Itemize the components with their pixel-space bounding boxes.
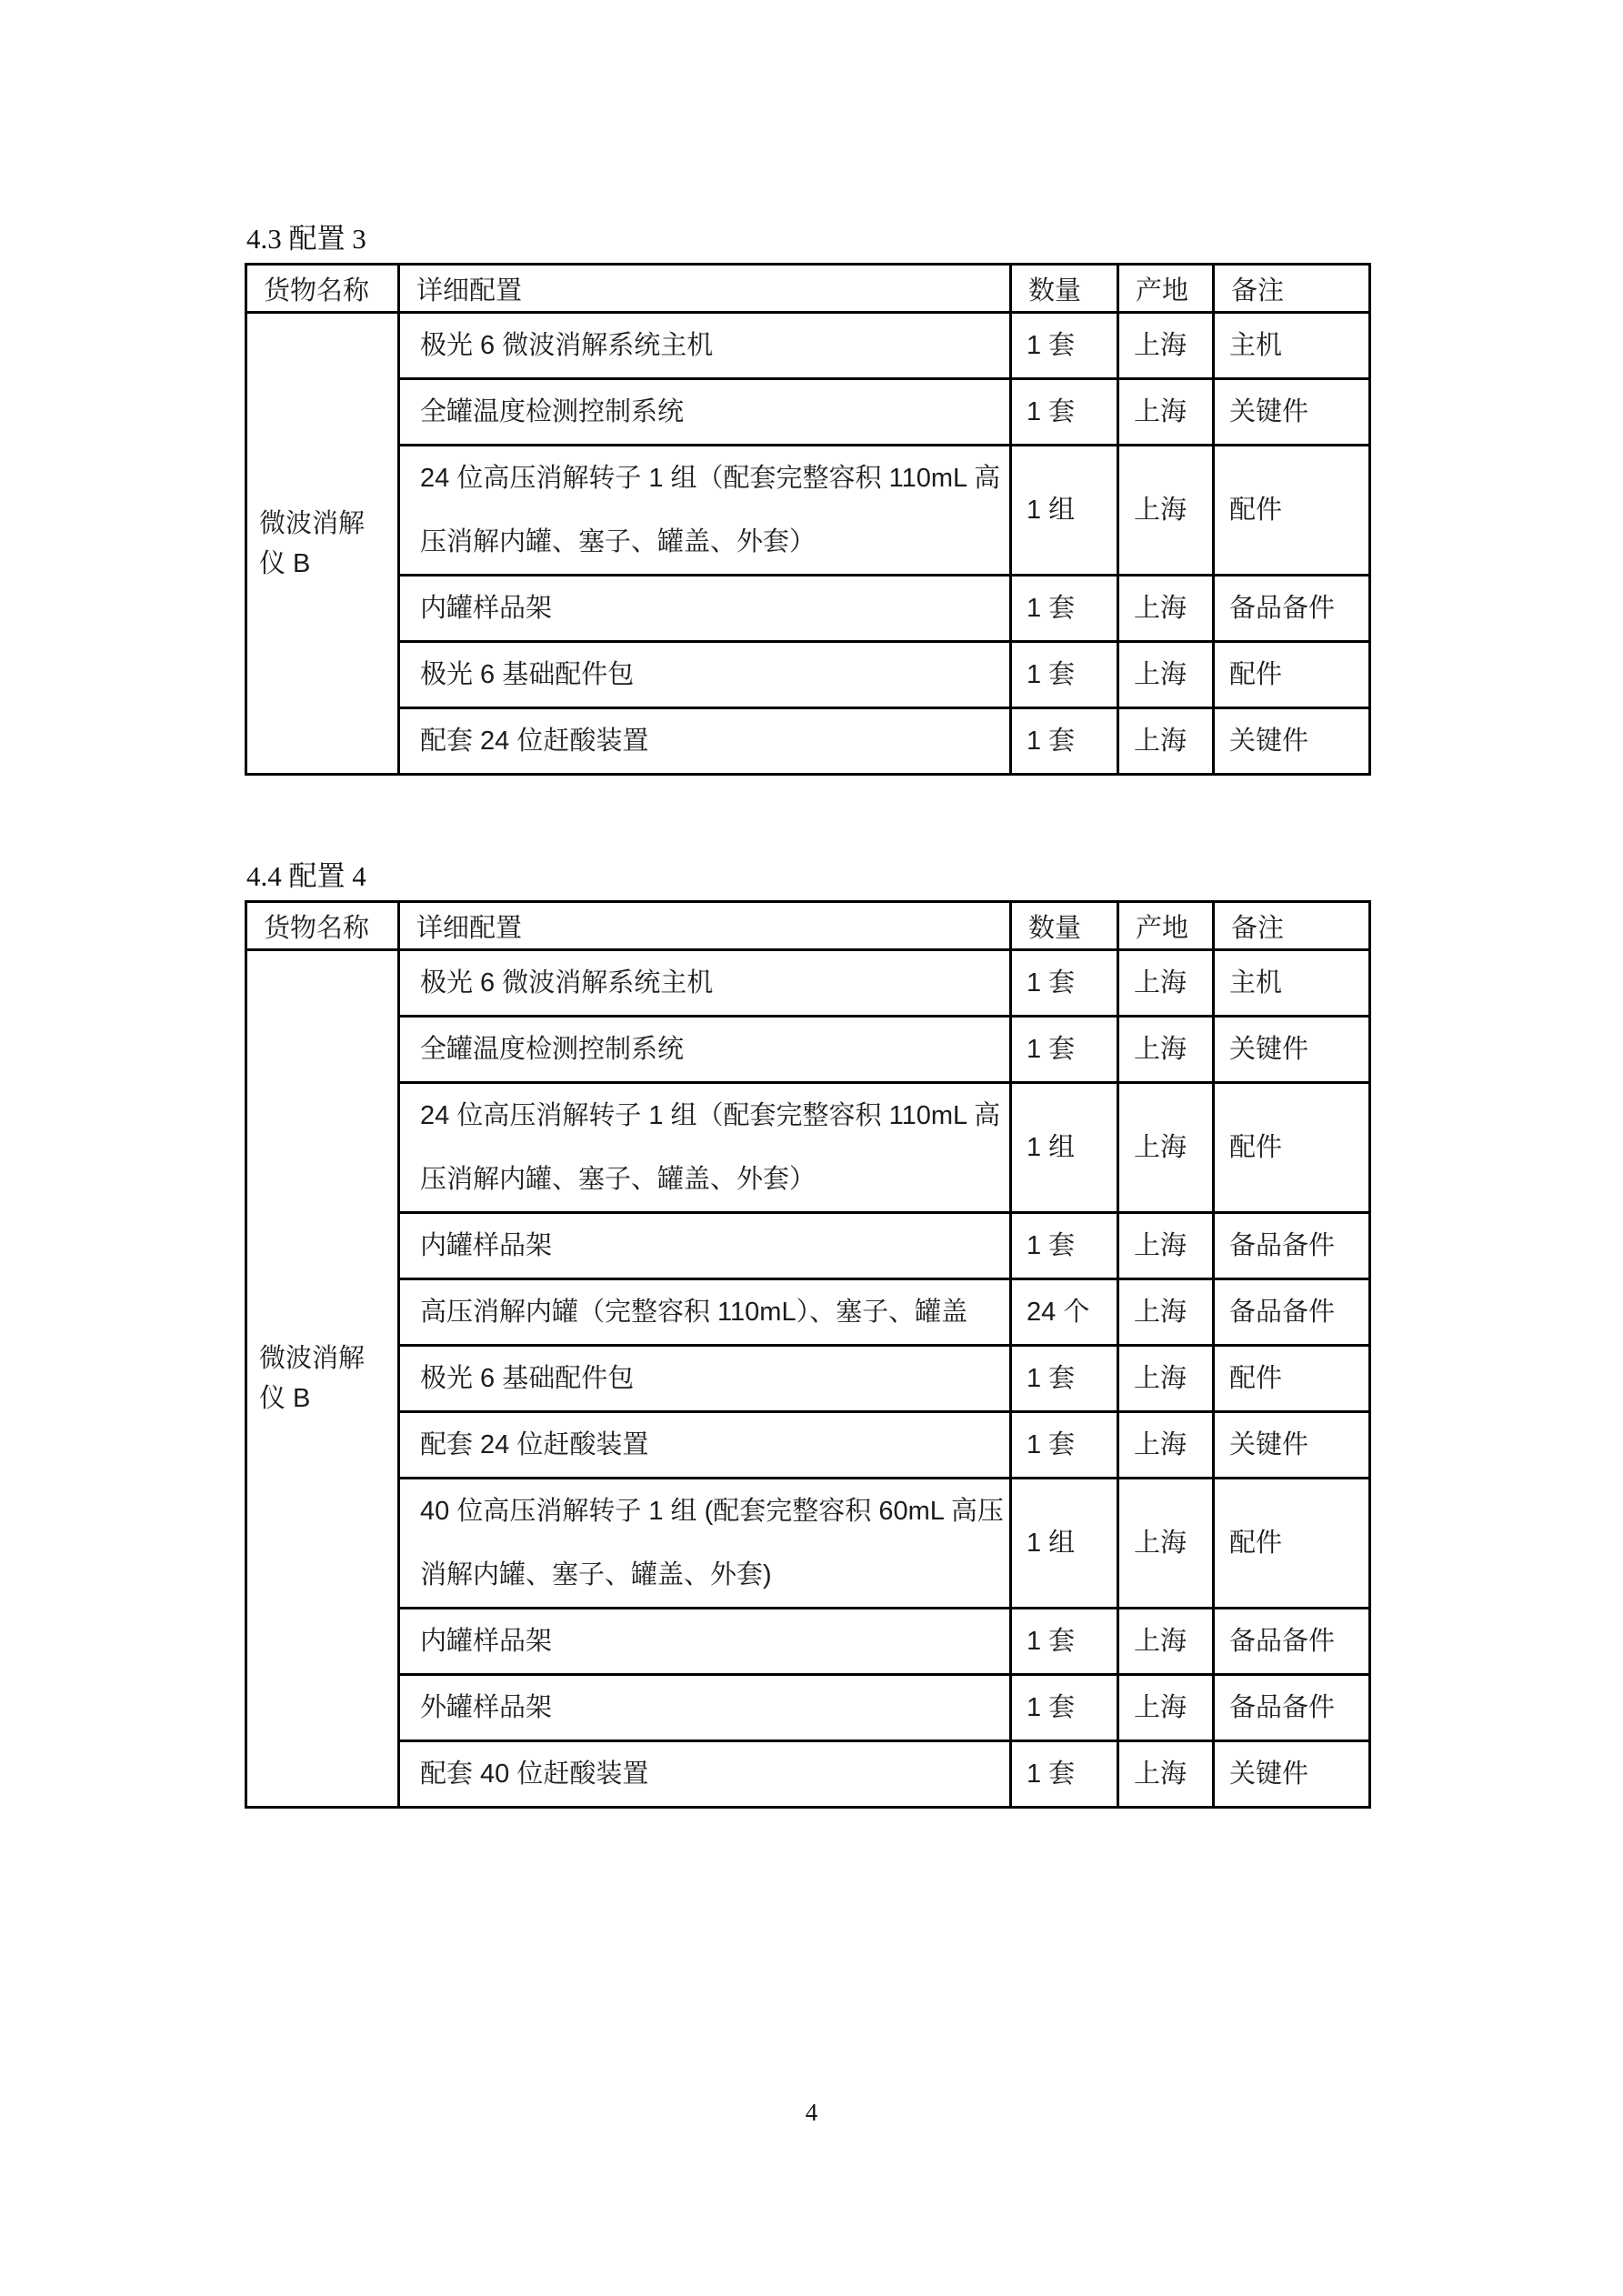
- col-header-origin: 产地: [1118, 902, 1214, 950]
- note-cell: 备品备件: [1214, 1279, 1370, 1346]
- config-cell: 极光 6 基础配件包: [399, 1346, 1011, 1412]
- config-cell: 高压消解内罐（完整容积 110mL）、塞子、罐盖: [399, 1279, 1011, 1346]
- table-row: 配套 24 位赶酸装置 1 套 上海 关键件: [246, 708, 1370, 775]
- qty-cell: 1 套: [1011, 708, 1118, 775]
- config-cell: 极光 6 微波消解系统主机: [399, 950, 1011, 1017]
- origin-cell: 上海: [1118, 576, 1214, 642]
- qty-cell: 1 套: [1011, 1412, 1118, 1479]
- page-content: 4.3 配置 3 货物名称 详细配置 数量 产地 备注 微波消解仪 B 极光 6…: [0, 0, 1623, 1809]
- qty-cell: 1 套: [1011, 379, 1118, 446]
- origin-cell: 上海: [1118, 446, 1214, 576]
- col-header-config: 详细配置: [399, 902, 1011, 950]
- page-number: 4: [0, 2099, 1623, 2127]
- item-name-cell: 微波消解仪 B: [246, 313, 399, 775]
- table-row: 外罐样品架 1 套 上海 备品备件: [246, 1675, 1370, 1741]
- qty-cell: 1 组: [1011, 446, 1118, 576]
- note-cell: 关键件: [1214, 1741, 1370, 1808]
- qty-cell: 1 套: [1011, 313, 1118, 379]
- col-header-config: 详细配置: [399, 265, 1011, 313]
- config-cell: 配套 24 位赶酸装置: [399, 1412, 1011, 1479]
- qty-cell: 1 套: [1011, 1675, 1118, 1741]
- table-row: 极光 6 基础配件包 1 套 上海 配件: [246, 642, 1370, 708]
- origin-cell: 上海: [1118, 1741, 1214, 1808]
- origin-cell: 上海: [1118, 1017, 1214, 1083]
- config-cell: 极光 6 基础配件包: [399, 642, 1011, 708]
- config-cell: 24 位高压消解转子 1 组（配套完整容积 110mL 高压消解内罐、塞子、罐盖…: [399, 446, 1011, 576]
- origin-cell: 上海: [1118, 642, 1214, 708]
- origin-cell: 上海: [1118, 1412, 1214, 1479]
- origin-cell: 上海: [1118, 1346, 1214, 1412]
- table-row: 内罐样品架 1 套 上海 备品备件: [246, 1609, 1370, 1675]
- config-cell: 内罐样品架: [399, 576, 1011, 642]
- table-row: 极光 6 基础配件包 1 套 上海 配件: [246, 1346, 1370, 1412]
- note-cell: 备品备件: [1214, 1609, 1370, 1675]
- qty-cell: 1 套: [1011, 1741, 1118, 1808]
- note-cell: 关键件: [1214, 708, 1370, 775]
- table-row: 微波消解仪 B 极光 6 微波消解系统主机 1 套 上海 主机: [246, 950, 1370, 1017]
- table-row: 24 位高压消解转子 1 组（配套完整容积 110mL 高压消解内罐、塞子、罐盖…: [246, 1083, 1370, 1213]
- note-cell: 关键件: [1214, 1017, 1370, 1083]
- table-header-row: 货物名称 详细配置 数量 产地 备注: [246, 265, 1370, 313]
- qty-cell: 1 套: [1011, 1213, 1118, 1279]
- origin-cell: 上海: [1118, 1083, 1214, 1213]
- origin-cell: 上海: [1118, 1675, 1214, 1741]
- qty-cell: 1 套: [1011, 950, 1118, 1017]
- config-cell: 配套 40 位赶酸装置: [399, 1741, 1011, 1808]
- note-cell: 备品备件: [1214, 1213, 1370, 1279]
- note-cell: 配件: [1214, 642, 1370, 708]
- note-cell: 配件: [1214, 1083, 1370, 1213]
- qty-cell: 1 套: [1011, 576, 1118, 642]
- note-cell: 主机: [1214, 950, 1370, 1017]
- config-cell: 40 位高压消解转子 1 组 (配套完整容积 60mL 高压消解内罐、塞子、罐盖…: [399, 1479, 1011, 1609]
- col-header-qty: 数量: [1011, 265, 1118, 313]
- col-header-note: 备注: [1214, 265, 1370, 313]
- qty-cell: 1 组: [1011, 1479, 1118, 1609]
- note-cell: 关键件: [1214, 379, 1370, 446]
- origin-cell: 上海: [1118, 1609, 1214, 1675]
- origin-cell: 上海: [1118, 313, 1214, 379]
- note-cell: 主机: [1214, 313, 1370, 379]
- table-row: 内罐样品架 1 套 上海 备品备件: [246, 1213, 1370, 1279]
- config-cell: 外罐样品架: [399, 1675, 1011, 1741]
- origin-cell: 上海: [1118, 708, 1214, 775]
- config-cell: 24 位高压消解转子 1 组（配套完整容积 110mL 高压消解内罐、塞子、罐盖…: [399, 1083, 1011, 1213]
- origin-cell: 上海: [1118, 950, 1214, 1017]
- section-title-4-4: 4.4 配置 4: [246, 859, 1623, 893]
- config-table-4: 货物名称 详细配置 数量 产地 备注 微波消解仪 B 极光 6 微波消解系统主机…: [245, 900, 1371, 1809]
- col-header-qty: 数量: [1011, 902, 1118, 950]
- table-header-row: 货物名称 详细配置 数量 产地 备注: [246, 902, 1370, 950]
- qty-cell: 1 套: [1011, 1017, 1118, 1083]
- config-cell: 内罐样品架: [399, 1609, 1011, 1675]
- qty-cell: 1 套: [1011, 1609, 1118, 1675]
- config-table-3: 货物名称 详细配置 数量 产地 备注 微波消解仪 B 极光 6 微波消解系统主机…: [245, 263, 1371, 776]
- col-header-item-name: 货物名称: [246, 902, 399, 950]
- table-row: 24 位高压消解转子 1 组（配套完整容积 110mL 高压消解内罐、塞子、罐盖…: [246, 446, 1370, 576]
- table-row: 配套 24 位赶酸装置 1 套 上海 关键件: [246, 1412, 1370, 1479]
- note-cell: 关键件: [1214, 1412, 1370, 1479]
- qty-cell: 24 个: [1011, 1279, 1118, 1346]
- table-row: 微波消解仪 B 极光 6 微波消解系统主机 1 套 上海 主机: [246, 313, 1370, 379]
- table-row: 内罐样品架 1 套 上海 备品备件: [246, 576, 1370, 642]
- item-name-cell: 微波消解仪 B: [246, 950, 399, 1808]
- config-cell: 全罐温度检测控制系统: [399, 1017, 1011, 1083]
- config-cell: 全罐温度检测控制系统: [399, 379, 1011, 446]
- note-cell: 配件: [1214, 1346, 1370, 1412]
- origin-cell: 上海: [1118, 1479, 1214, 1609]
- qty-cell: 1 套: [1011, 1346, 1118, 1412]
- col-header-origin: 产地: [1118, 265, 1214, 313]
- table-row: 40 位高压消解转子 1 组 (配套完整容积 60mL 高压消解内罐、塞子、罐盖…: [246, 1479, 1370, 1609]
- table-row: 配套 40 位赶酸装置 1 套 上海 关键件: [246, 1741, 1370, 1808]
- note-cell: 备品备件: [1214, 1675, 1370, 1741]
- qty-cell: 1 组: [1011, 1083, 1118, 1213]
- table-row: 高压消解内罐（完整容积 110mL）、塞子、罐盖 24 个 上海 备品备件: [246, 1279, 1370, 1346]
- table-row: 全罐温度检测控制系统 1 套 上海 关键件: [246, 1017, 1370, 1083]
- config-cell: 配套 24 位赶酸装置: [399, 708, 1011, 775]
- document-page: 4.3 配置 3 货物名称 详细配置 数量 产地 备注 微波消解仪 B 极光 6…: [0, 0, 1623, 2296]
- col-header-item-name: 货物名称: [246, 265, 399, 313]
- origin-cell: 上海: [1118, 1279, 1214, 1346]
- config-cell: 极光 6 微波消解系统主机: [399, 313, 1011, 379]
- col-header-note: 备注: [1214, 902, 1370, 950]
- origin-cell: 上海: [1118, 1213, 1214, 1279]
- qty-cell: 1 套: [1011, 642, 1118, 708]
- note-cell: 配件: [1214, 1479, 1370, 1609]
- config-cell: 内罐样品架: [399, 1213, 1011, 1279]
- origin-cell: 上海: [1118, 379, 1214, 446]
- section-title-4-3: 4.3 配置 3: [246, 222, 1623, 256]
- note-cell: 配件: [1214, 446, 1370, 576]
- table-row: 全罐温度检测控制系统 1 套 上海 关键件: [246, 379, 1370, 446]
- note-cell: 备品备件: [1214, 576, 1370, 642]
